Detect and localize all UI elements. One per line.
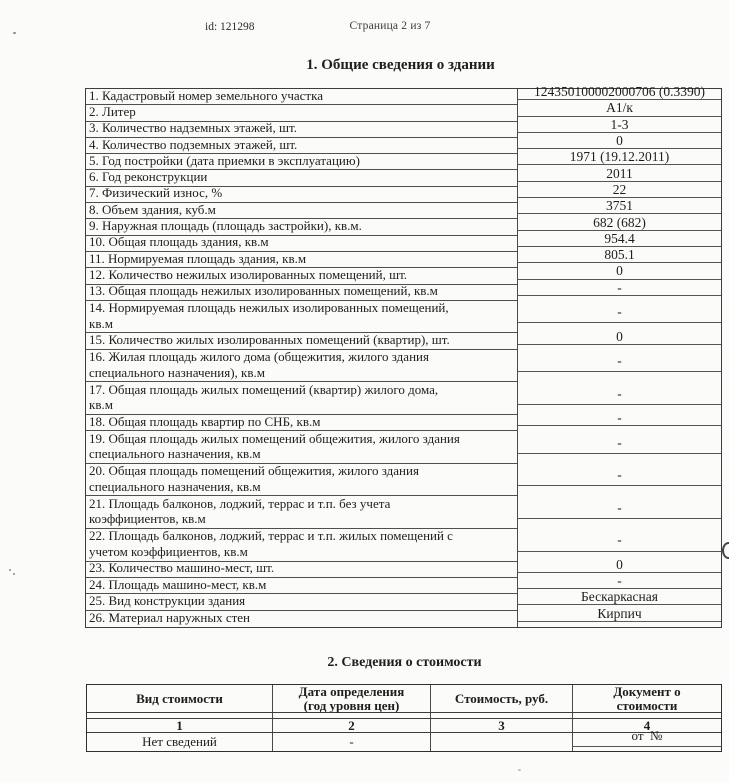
building-info-table: 1. Кадастровый номер земельного участка1… — [85, 88, 722, 628]
cost-document-text: от № — [632, 728, 663, 744]
row-label: 7. Физический износ, % — [86, 187, 518, 203]
column-header: Вид стоимости — [87, 685, 273, 712]
row-label: 25. Вид конструкции здания — [86, 594, 518, 610]
scan-speck — [518, 769, 521, 771]
row-value: - — [518, 415, 721, 431]
scan-blob-artifact — [722, 542, 729, 559]
row-value-text: - — [617, 435, 622, 451]
row-value-text: - — [617, 500, 622, 516]
table-row: 17. Общая площадь жилых помещений (кварт… — [86, 382, 721, 415]
row-label: 19. Общая площадь жилых помещений общежи… — [86, 431, 518, 464]
row-value-text: Кирпич — [597, 606, 641, 622]
row-value-text: 954.4 — [604, 231, 634, 247]
row-value-text: 0 — [616, 557, 623, 573]
cost-data-row: Нет сведений - от № — [87, 733, 721, 751]
cost-table-header-row: Вид стоимости Дата определения (год уров… — [87, 685, 721, 712]
row-label: 5. Год постройки (дата приемки в эксплуа… — [86, 154, 518, 170]
row-value: - — [518, 496, 721, 529]
row-value-text: 124350100002000706 (0.3390) — [534, 84, 705, 100]
cost-type-value: Нет сведений — [87, 733, 273, 751]
row-value-text: А1/к — [606, 101, 633, 117]
table-row: 21. Площадь балконов, лоджий, террас и т… — [86, 496, 721, 529]
row-value-text: - — [617, 353, 622, 369]
row-label: 24. Площадь машино-мест, кв.м — [86, 578, 518, 594]
row-label: 16. Жилая площадь жилого дома (общежития… — [86, 350, 518, 383]
table-row: 19. Общая площадь жилых помещений общежи… — [86, 431, 721, 464]
table-row: 13. Общая площадь нежилых изолированных … — [86, 285, 721, 301]
column-header: Документ о стоимости — [573, 685, 721, 712]
row-value-text: - — [617, 533, 622, 549]
table-row: 11. Нормируемая площадь здания, кв.м805.… — [86, 252, 721, 268]
row-label: 1. Кадастровый номер земельного участка — [86, 89, 518, 105]
row-label: 9. Наружная площадь (площадь застройки),… — [86, 219, 518, 235]
row-label: 21. Площадь балконов, лоджий, террас и т… — [86, 496, 518, 529]
row-value: Кирпич — [518, 611, 721, 627]
row-label: 13. Общая площадь нежилых изолированных … — [86, 285, 518, 301]
column-number: 1 — [87, 719, 273, 732]
column-header: Стоимость, руб. — [431, 685, 573, 712]
table-row: 15. Количество жилых изолированных помещ… — [86, 333, 721, 349]
row-label: 26. Материал наружных стен — [86, 611, 518, 627]
row-value-text: 3751 — [606, 198, 633, 214]
row-value: - — [518, 464, 721, 497]
cost-amount-value — [431, 733, 573, 751]
row-value-text: 0 — [616, 329, 623, 345]
row-label: 17. Общая площадь жилых помещений (кварт… — [86, 382, 518, 415]
row-label: 4. Количество подземных этажей, шт. — [86, 138, 518, 154]
table-row: 14. Нормируемая площадь нежилых изолиров… — [86, 301, 721, 334]
row-value: - — [518, 431, 721, 464]
row-value-text: 0 — [616, 133, 623, 149]
row-value: - — [518, 350, 721, 383]
row-value-text: 0 — [616, 264, 623, 280]
row-label: 2. Литер — [86, 105, 518, 121]
row-label: 14. Нормируемая площадь нежилых изолиров… — [86, 301, 518, 334]
table-row: 18. Общая площадь квартир по СНБ, кв.м- — [86, 415, 721, 431]
row-value-text: 682 (682) — [593, 215, 646, 231]
row-label: 10. Общая площадь здания, кв.м — [86, 236, 518, 252]
row-value-text: - — [617, 410, 622, 426]
scan-speck — [13, 32, 16, 34]
column-header: Дата определения (год уровня цен) — [273, 685, 431, 712]
row-value-text: - — [617, 304, 622, 320]
cost-document-value: от № — [573, 733, 721, 751]
scan-speck — [9, 569, 11, 571]
column-number: 2 — [273, 719, 431, 732]
row-label: 8. Объем здания, куб.м — [86, 203, 518, 219]
table-row: 22. Площадь балконов, лоджий, террас и т… — [86, 529, 721, 562]
cost-date-value: - — [273, 733, 431, 751]
row-label: 12. Количество нежилых изолированных пом… — [86, 268, 518, 284]
section1-title: 1. Общие сведения о здании — [72, 57, 729, 74]
row-value: - — [518, 285, 721, 301]
row-label: 22. Площадь балконов, лоджий, террас и т… — [86, 529, 518, 562]
table-row: 23. Количество машино-мест, шт.0 — [86, 562, 721, 578]
document-id: id: 121298 — [205, 21, 255, 33]
scanned-document-page: id: 121298 Страница 2 из 7 1. Общие свед… — [0, 0, 729, 782]
row-value-text: - — [617, 280, 622, 296]
row-value-text: - — [617, 467, 622, 483]
row-label: 18. Общая площадь квартир по СНБ, кв.м — [86, 415, 518, 431]
row-value-text: 22 — [613, 182, 627, 198]
page-indicator: Страница 2 из 7 — [300, 20, 480, 32]
row-value-text: 1-3 — [611, 117, 629, 133]
cost-info-table: Вид стоимости Дата определения (год уров… — [86, 684, 722, 752]
table-row: 16. Жилая площадь жилого дома (общежития… — [86, 350, 721, 383]
row-value-text: 1971 (19.12.2011) — [570, 150, 670, 166]
column-number-row: 1 2 3 4 — [87, 719, 721, 733]
table-row: 12. Количество нежилых изолированных пом… — [86, 268, 721, 284]
column-number: 3 — [431, 719, 573, 732]
row-label: 3. Количество надземных этажей, шт. — [86, 122, 518, 138]
section2-title: 2. Сведения о стоимости — [80, 655, 729, 671]
row-label: 23. Количество машино-мест, шт. — [86, 562, 518, 578]
table-row: 20. Общая площадь помещений общежития, ж… — [86, 464, 721, 497]
row-value-text: - — [617, 386, 622, 402]
row-label: 20. Общая площадь помещений общежития, ж… — [86, 464, 518, 497]
row-label: 6. Год реконструкции — [86, 170, 518, 186]
scan-speck — [13, 573, 15, 575]
row-value: 0 — [518, 333, 721, 349]
row-value-text: Бескаркасная — [581, 590, 658, 606]
row-value-text: - — [617, 573, 622, 589]
table-row: 26. Материал наружных стенКирпич — [86, 611, 721, 627]
row-value-text: 805.1 — [604, 247, 634, 263]
row-label: 15. Количество жилых изолированных помещ… — [86, 333, 518, 349]
table-row: 3. Количество надземных этажей, шт.1-3 — [86, 122, 721, 138]
row-value-text: 2011 — [606, 166, 633, 182]
row-label: 11. Нормируемая площадь здания, кв.м — [86, 252, 518, 268]
